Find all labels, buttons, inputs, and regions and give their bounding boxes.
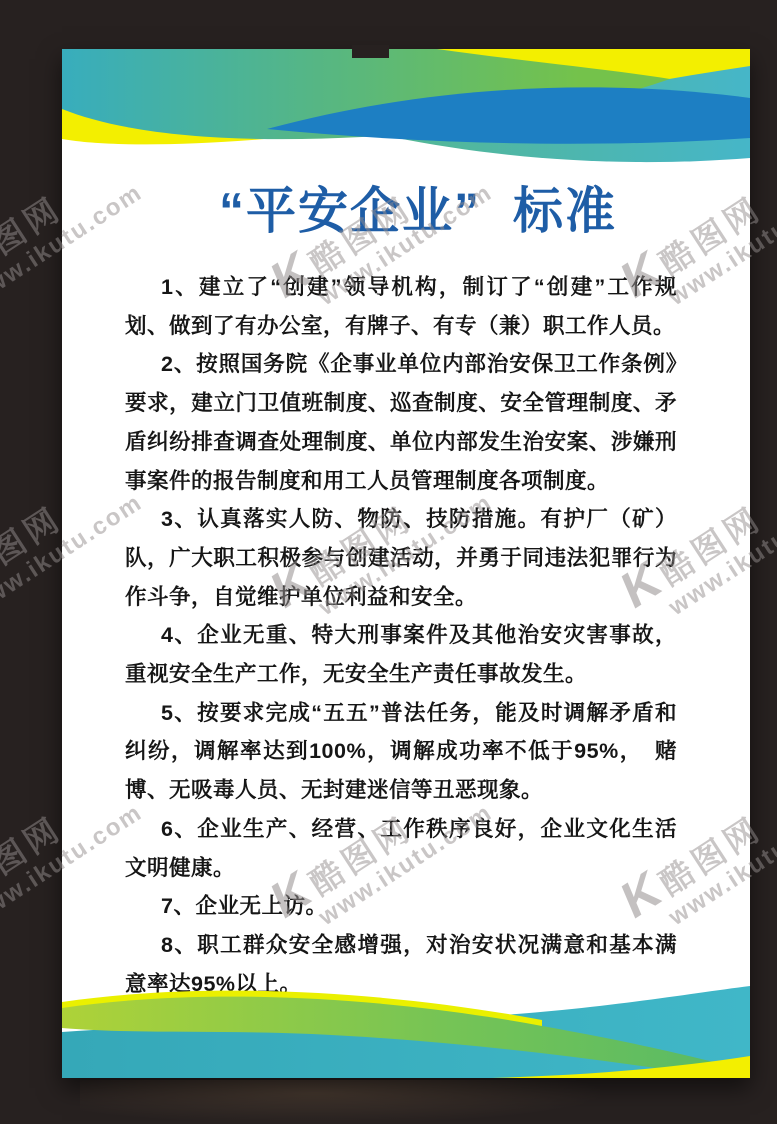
poster-title: “平安企业” 标准 bbox=[74, 181, 750, 241]
standard-item-2: 2、按照国务院《企事业单位内部治安保卫工作条例》要求，建立门卫值班制度、巡查制度… bbox=[125, 345, 677, 500]
watermark-site-name: 酷图网 bbox=[0, 810, 67, 900]
standard-item-4: 4、企业无重、特大刑事案件及其他治安灾害事故，重视安全生产工作，无安全生产责任事… bbox=[125, 616, 677, 693]
safety-standards-poster: “平安企业” 标准 1、建立了“创建”领导机构，制订了“创建”工作规划、做到了有… bbox=[62, 49, 750, 1078]
footer-wave-art bbox=[62, 982, 750, 1078]
standard-item-1: 1、建立了“创建”领导机构，制订了“创建”工作规划、做到了有办公室，有牌子、有专… bbox=[125, 268, 677, 345]
standard-item-5: 5、按要求完成“五五”普法任务，能及时调解矛盾和纠纷，调解率达到100%，调解成… bbox=[125, 694, 677, 810]
standards-list: 1、建立了“创建”领导机构，制订了“创建”工作规划、做到了有办公室，有牌子、有专… bbox=[125, 268, 677, 1003]
standard-item-6: 6、企业生产、经营、工作秩序良好，企业文化生活文明健康。 bbox=[125, 810, 677, 887]
floor-light-glow bbox=[80, 1080, 600, 1124]
standard-item-7: 7、企业无上访。 bbox=[125, 887, 677, 926]
photo-artifact-notch bbox=[352, 45, 389, 58]
photo-frame: “平安企业” 标准 1、建立了“创建”领导机构，制订了“创建”工作规划、做到了有… bbox=[0, 0, 777, 1124]
watermark-site-name: 酷图网 bbox=[0, 190, 67, 280]
standard-item-3: 3、认真落实人防、物防、技防措施。有护厂（矿）队，广大职工积极参与创建活动，并勇… bbox=[125, 500, 677, 616]
header-wave-art bbox=[62, 49, 750, 167]
watermark-site-name: 酷图网 bbox=[0, 500, 67, 590]
